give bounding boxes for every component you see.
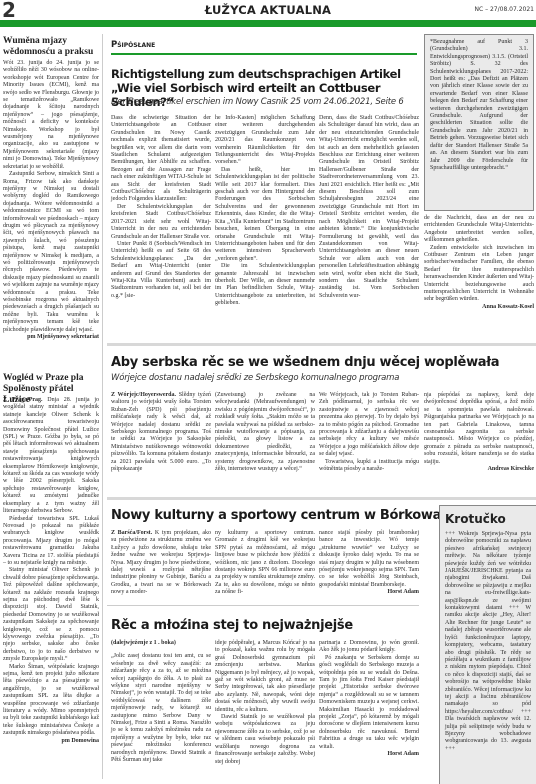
paragraph: Der Schulentwicklungsplan der kreisfreie… [111, 204, 211, 241]
dateline: Z Wórjejc/Hoyerswerda. [111, 392, 176, 398]
paragraph: Das heißt, hier im Schulentwicklungsplan… [215, 167, 315, 263]
krotucko-box: Krotučko +++ Wokrejs Sprjewja-Nysa pyta … [439, 505, 536, 784]
richtigstellung-col3: Denn, dass die Stadt Cottbus/Chóśebuz al… [319, 115, 419, 300]
paragraph: Pó znakanju w Serbskem domje su gósći wo… [319, 655, 419, 751]
signature: pm Mjeńšynowy sekretariat [3, 334, 99, 341]
rec-col2: ideje pódpěrałej, a Marcus Kóńcaŕ jo na … [215, 640, 315, 766]
krotucko-title: Krotučko [445, 512, 531, 526]
paragraph: „Jolic zasej dostanu tosi ten amt, cu se… [111, 653, 211, 764]
signature: Horst Adam [319, 751, 419, 758]
richtigstellung-col1: Dass die schwierige Situation der Unterr… [111, 115, 211, 300]
paragraph: Dawid Statnik jo se wuźěkował pla wobeju… [215, 714, 315, 766]
article-wogled-body: Z Praga/Prag. Dnja 28. junija jo woglěda… [3, 397, 99, 745]
article-title-aby: Aby serbska rěc se we wšednem dnju wěcej… [111, 355, 499, 370]
title-line: Richtigstellung zum deutschsprachigen Ar… [111, 67, 431, 81]
article-divider [107, 605, 419, 606]
signature: Anna Kossatz-Kosel [424, 304, 534, 311]
page-header: 2 ŁUŽYCA AKTUALNA NC – 27/08.07.2021 [0, 0, 536, 28]
paragraph: Dass die schwierige Situation der Unterr… [111, 115, 211, 204]
nowy-col2: ny kulturny a sportowy centrum. Gromaźe … [215, 530, 315, 597]
richtigstellung-col2: he Info-Kasten] möglichen Schaffung eine… [215, 115, 315, 308]
aby-col1: Z Wórjejc/Hoyerswerda. Slědny tyźeń walt… [111, 392, 211, 473]
signature: Andreas Kirschke [424, 466, 534, 473]
dateline: Z Barśća/Forst. [111, 530, 152, 536]
paragraph: K tym projektam, ako su pśedwiźone za st… [111, 530, 211, 595]
article-divider [107, 497, 536, 500]
article-title-rec: Rěc a młoźina stej to nejważnjejše [111, 618, 353, 633]
aby-col4: nja pśepódaś za napławy, kenž deje dwójo… [424, 392, 534, 473]
rec-col1: (dalejwjeźenje z 1 . boka) „Jolic zasej … [111, 640, 211, 765]
section-label: Pśipósłane [111, 40, 155, 50]
paragraph: Marko Šiman, wótpósłańc krajnego sejma, … [3, 664, 99, 738]
section-rule [111, 53, 417, 55]
paragraph: nja pśepódaś za napławy, kenž deje dwójo… [424, 392, 534, 466]
paragraph: Denn, dass die Stadt Cottbus/Chóśebuz al… [319, 115, 419, 300]
newspaper-name: ŁUŽYCA AKTUALNA [0, 3, 536, 17]
paragraph: Dnja 28. junija jo woglědał statny minis… [3, 397, 99, 514]
article-divider [107, 343, 536, 346]
paragraph: We Wórjejcach, tak jo Torsten Ruban-Zeh … [319, 392, 419, 459]
paragraph: Zastupniki Serbow, nimskich Sinti a Roma… [3, 171, 99, 334]
richtigstellung-col4: de die Nachricht, dass an der neu zu err… [424, 215, 534, 311]
article-wumena-body: Wót 23. junija do 24. junija jo se wobźě… [3, 60, 99, 341]
aby-col2: (Zuweisung) jo zwězane na wěcejwudanki (… [215, 392, 315, 473]
paragraph: he Info-Kasten] möglichen Schaffung eine… [215, 115, 315, 167]
paragraph: partnarja z Domowinu, jo wón gronił. Ako… [319, 640, 419, 655]
signature: Horst Adam [319, 589, 419, 596]
aby-col3: We Wórjejcach, tak jo Torsten Ruban-Zeh … [319, 392, 419, 473]
paragraph: Pśedsedaŕ towaristwa SPL Lukaš Novosad j… [3, 516, 99, 568]
krotucko-text: +++ Wokrejs Sprjewja-Nysa pyta dobrowóln… [445, 531, 531, 753]
article-title-nowy: Nowy kulturny a sportowy centrum w Bórko… [111, 508, 457, 523]
paragraph: Slědny tyźeń waltoru jo wórjejski wušy š… [111, 392, 211, 472]
dateline: Z Praga/Prag. [3, 397, 43, 403]
infobox-text: *Bezugnahme auf Punkt 3 (Grundschulen) 3… [430, 39, 528, 172]
article-title-wumena: Wuměna mjazy wědomnosću a praksu [3, 36, 99, 58]
paragraph: Statny ministaŕ Oliwer Schenk jo chwalił… [3, 567, 99, 663]
paragraph: ideje pódpěrałej, a Marcus Kóńcaŕ jo na … [215, 640, 315, 714]
rec-col3: partnarja z Domowinu, jo wón gronił. Ako… [319, 640, 419, 759]
reference-infobox: *Bezugnahme auf Punkt 3 (Grundschulen) 3… [424, 34, 534, 211]
paragraph: Towaristwa, kupki a institucija mógu wót… [319, 459, 419, 474]
paragraph: Die im Schulentwicklungsplan genannte Ja… [215, 263, 315, 307]
issue-info: NC – 27/08.07.2021 [474, 6, 534, 13]
paragraph: nance stajiś pśosby pśi bramborskej banc… [319, 530, 419, 589]
nowy-col1: Z Barśća/Forst. K tym projektam, ako su … [111, 530, 211, 597]
continuation-note: (dalejwjeźenje z 1 . boka) [111, 640, 211, 647]
paragraph: ny kulturny a sportowy centrum. Gromaźe … [215, 530, 315, 597]
paragraph: de die Nachricht, dass an der neu zu err… [424, 215, 534, 245]
nowy-col3: nance stajiś pśosby pśi bramborskej banc… [319, 530, 419, 597]
article-subtitle: Der Bezugsartikel erschien im Nowy Casni… [111, 97, 404, 107]
paragraph: Unter Punkt 8 (Sorbisch/Wendisch im Unte… [111, 241, 211, 300]
paragraph: Wót 23. junija do 24. junija jo se wobźě… [3, 60, 99, 171]
header-accent-bar [0, 20, 536, 27]
signature: pm Domowina [3, 738, 99, 745]
article-subtitle: Wórjejce dostanu nadalej srědki ze Serbs… [111, 373, 399, 383]
paragraph: Zudem entwickelte sich inzwischen im Cot… [424, 245, 534, 304]
column-divider [102, 34, 103, 779]
paragraph: (Zuweisung) jo zwězane na wěcejwudanki (… [215, 392, 315, 473]
